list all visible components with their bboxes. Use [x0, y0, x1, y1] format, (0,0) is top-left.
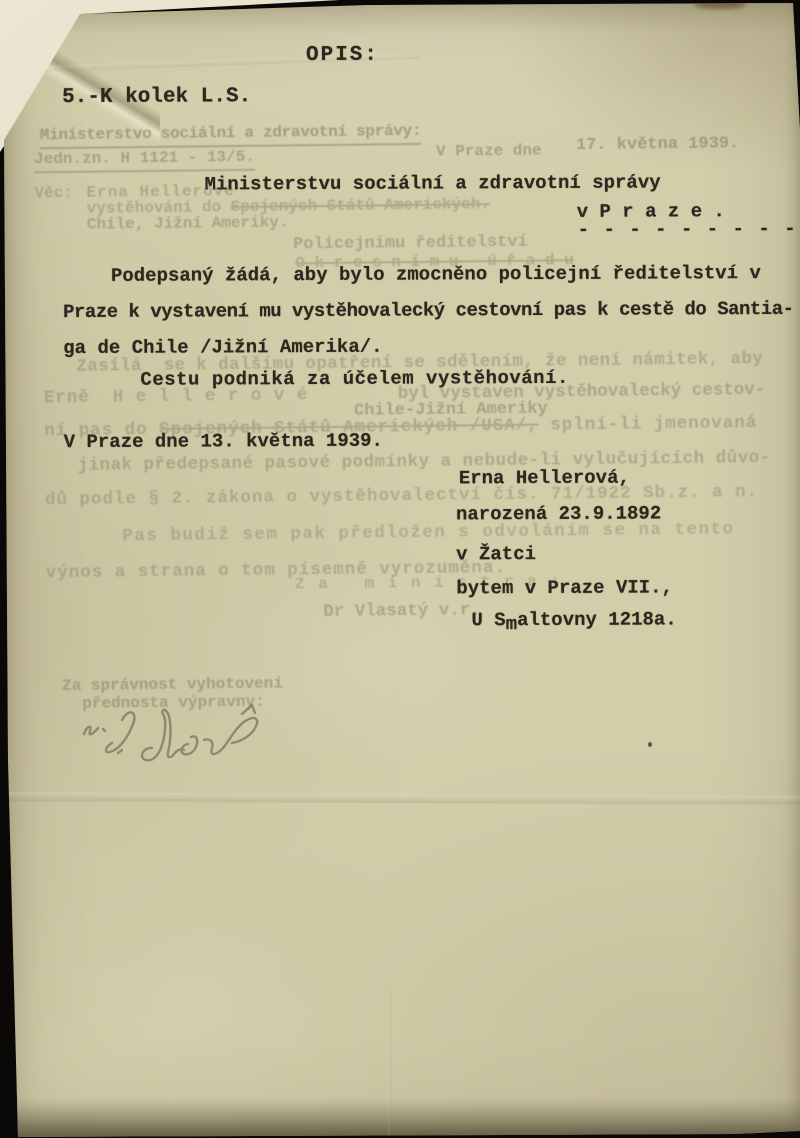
typed-text-layer: OPIS: 5.-K kolek L.S. Ministerstvu sociá…	[0, 0, 800, 1138]
copy-heading: OPIS:	[306, 44, 379, 68]
request-line3: ga de Chile /Jižní Amerika/.	[63, 337, 382, 360]
purpose-line: Cestu podniká za účelem vystěhování.	[140, 368, 569, 392]
request-line2: Praze k vystavení mu vystěhovalecký cest…	[63, 299, 794, 324]
street-subscript-m: m	[506, 613, 518, 635]
applicant-street: U Smaltovny 1218a.	[471, 609, 676, 632]
ink-speck	[648, 742, 652, 747]
scanned-document: Ministerstvo sociální a zdravotní správy…	[0, 0, 800, 1138]
applicant-birthplace: v Žatci	[456, 544, 536, 566]
street-post: altovny 1218a.	[517, 608, 677, 631]
fee-stamp-note: 5.-K kolek L.S.	[62, 85, 251, 110]
handwritten-signature	[72, 698, 302, 778]
applicant-birthdate: narozená 23.9.1892	[456, 503, 661, 526]
applicant-name: Erna Hellerová,	[459, 468, 630, 491]
paper: Ministerstvo sociální a zdravotní správy…	[0, 0, 800, 1138]
applicant-residence: bytem v Praze VII.,	[456, 577, 673, 600]
dateline: V Praze dne 13. května 1939.	[64, 431, 383, 454]
request-line1: Podepsaný žádá, aby bylo zmocněno police…	[111, 263, 761, 288]
addressee-ministry: Ministerstvu sociální a zdravotní správy	[205, 172, 661, 196]
street-pre: U S	[471, 609, 505, 631]
addressee-underline-dashes: - - - - - - - - -	[578, 219, 797, 242]
